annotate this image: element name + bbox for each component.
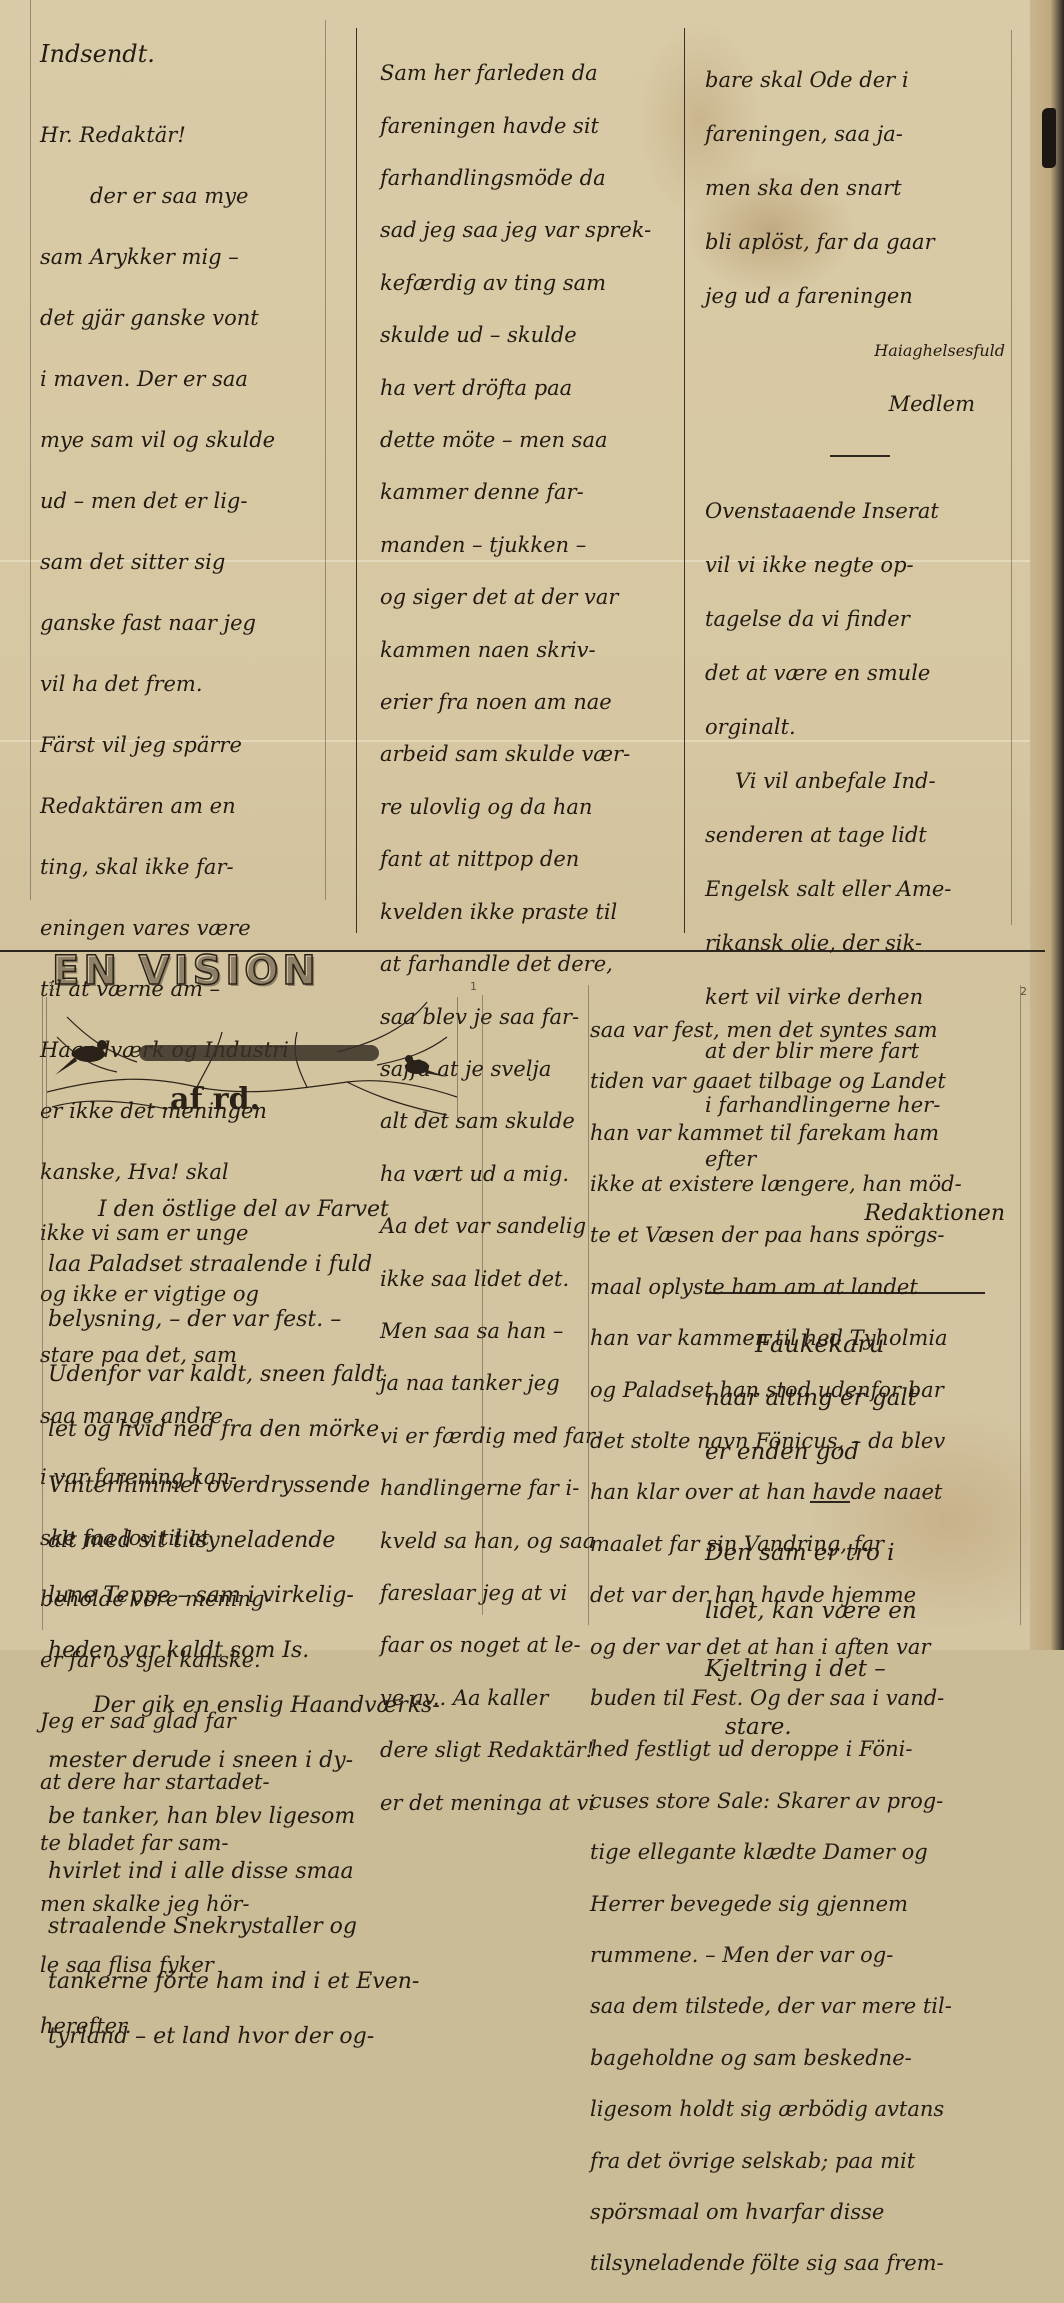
text-line: saa var fest, men det syntes sam	[590, 1018, 1030, 1044]
text-line: Udenfor var kaldt, sneen faldt	[48, 1361, 488, 1389]
text-line: ting, skal ikke far-	[40, 852, 330, 883]
editor-reply-line: orginalt.	[705, 714, 1015, 741]
vision-byline: af rd.	[170, 1082, 260, 1117]
editor-reply-line: Engelsk salt eller Ame-	[705, 876, 1015, 903]
text-line: kammen naen skriv-	[380, 637, 680, 663]
text-line: vil ha det frem.	[40, 669, 330, 700]
text-line: og siger det at der var	[380, 584, 680, 610]
letter-signature: Medlem	[705, 391, 1015, 418]
text-line: I den östlige del av Farvet	[48, 1196, 488, 1224]
text-line: at farhandle det dere,	[380, 951, 680, 977]
text-line: ganske fast naar jeg	[40, 608, 330, 639]
text-line: det stolte navn Fönicus, – da blev	[590, 1429, 1030, 1455]
text-line: det var der han havde hjemme	[590, 1583, 1030, 1609]
text-line: kefærdig av ting sam	[380, 270, 680, 296]
text-line: te et Væsen der paa hans spörgs-	[590, 1223, 1030, 1249]
text-line: og der var det at han i aften var	[590, 1635, 1030, 1650]
text-line: laa Paladset straalende i fuld	[48, 1251, 488, 1279]
text-line: alt med sit tilsyneladende	[48, 1527, 488, 1555]
text-line: farhandlingsmöde da	[380, 165, 680, 191]
text-line: bare skal Ode der i	[705, 67, 1015, 94]
text-line: lune Teppe – sam i virkelig-	[48, 1582, 488, 1610]
editor-reply-line: Ovenstaaende Inserat	[705, 498, 1015, 525]
text-line: let og hvid ned fra den mörke	[48, 1416, 488, 1444]
text-line: der er saa mye	[40, 181, 330, 212]
text-line: fareningen havde sit	[380, 113, 680, 139]
text-line: erier fra noen am nae	[380, 689, 680, 715]
editor-reply-line: rikansk olie, der sik-	[705, 930, 1015, 957]
editor-reply-line: det at være en smule	[705, 660, 1015, 687]
letter-salutation: Hr. Redaktär!	[40, 120, 330, 151]
text-line: fareningen, saa ja-	[705, 121, 1015, 148]
text-line: og Paladset han stod udenfor bar	[590, 1378, 1030, 1404]
text-line: jeg ud a fareningen	[705, 283, 1015, 310]
text-line: belysning, – der var fest. –	[48, 1306, 488, 1334]
text-line: eningen vares være	[40, 913, 330, 944]
text-line: kammer denne far-	[380, 479, 680, 505]
text-line: re ulovlig og da han	[380, 794, 680, 820]
vision-story-column-2: saa var fest, men det syntes sam tiden v…	[590, 992, 1030, 1650]
text-line: Sam her farleden da	[380, 60, 680, 86]
editor-reply-line: Vi vil anbefale Ind-	[705, 768, 1015, 795]
text-line: bli aplöst, far da gaar	[705, 229, 1015, 256]
document-page: Indsendt. Hr. Redaktär! der er saa mye s…	[0, 0, 1064, 1650]
text-line: maalet far sin Vandring, far	[590, 1532, 1030, 1558]
letter-heading: Indsendt.	[40, 39, 330, 70]
text-line: heden var kaldt som Is.	[48, 1637, 488, 1650]
text-line: ikke at existere længere, han möd-	[590, 1172, 1030, 1198]
editor-reply-line: tagelse da vi finder	[705, 606, 1015, 633]
text-line: sam det sitter sig	[40, 547, 330, 578]
column-rule	[30, 0, 31, 900]
separator-rule	[830, 455, 890, 457]
text-line: sam Arykker mig –	[40, 242, 330, 273]
letter-signature: Haiaghelsesfuld	[705, 337, 1015, 364]
text-line: Redaktären am en	[40, 791, 330, 822]
text-line: Vinterhimmel overdryssende	[48, 1472, 488, 1500]
text-line: skulde ud – skulde	[380, 322, 680, 348]
text-line: han var kammet til farekam ham	[590, 1121, 1030, 1147]
column-rule	[42, 990, 43, 1630]
text-line: tiden var gaaet tilbage og Landet	[590, 1069, 1030, 1095]
text-line: manden – tjukken –	[380, 532, 680, 558]
text-line: ha vert dröfta paa	[380, 375, 680, 401]
text-line: dette möte – men saa	[380, 427, 680, 453]
page-edge	[1030, 0, 1064, 1650]
page-mark: 1	[470, 980, 477, 993]
vision-title: EN VISION	[52, 948, 320, 994]
editor-reply-line: senderen at tage lidt	[705, 822, 1015, 849]
text-line: mye sam vil og skulde	[40, 425, 330, 456]
text-line: sad jeg saa jeg var sprek-	[380, 217, 680, 243]
text-line: kvelden ikke praste til	[380, 899, 680, 925]
text-line: men ska den snart	[705, 175, 1015, 202]
text-line: det gjär ganske vont	[40, 303, 330, 334]
text-line: fant at nittpop den	[380, 846, 680, 872]
rolled-scroll-icon	[139, 1045, 379, 1061]
column-divider	[684, 28, 685, 933]
text-line: ud – men det er lig-	[40, 486, 330, 517]
text-line: arbeid sam skulde vær-	[380, 741, 680, 767]
column-divider	[356, 28, 357, 933]
torn-hole	[1042, 108, 1056, 168]
text-line: i maven. Der er saa	[40, 364, 330, 395]
text-line: han var kammen til hed Tyholmia	[590, 1326, 1030, 1352]
text-line: han klar over at han havde naaet	[590, 1480, 1030, 1506]
editor-reply-line: vil vi ikke negte op-	[705, 552, 1015, 579]
text-line: maal oplyste ham am at landet	[590, 1275, 1030, 1301]
text-line: Färst vil jeg spärre	[40, 730, 330, 761]
column-rule	[588, 985, 589, 1625]
vision-story-column-1: I den östlige del av Farvet laa Paladset…	[48, 1168, 488, 1650]
